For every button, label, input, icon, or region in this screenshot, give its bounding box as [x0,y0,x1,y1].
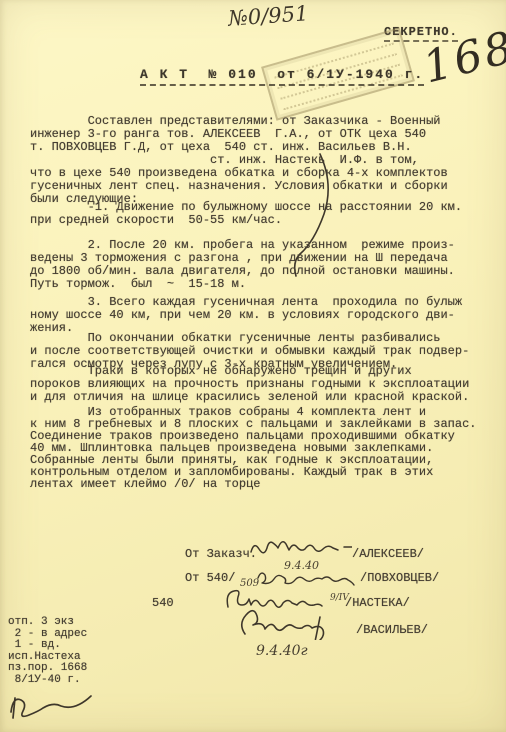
paragraph-intro: Составлен представителями: от Заказчика … [30,115,448,206]
list-item-3: 3. Всего каждая гусеничная лента проходи… [30,296,462,335]
list-item-2: 2. После 20 км. пробега на указанном реж… [30,239,455,291]
handwritten-scribble [5,688,105,722]
signature-row4-date: 9.4.40г [256,643,308,659]
signature-alekseev [248,537,352,559]
handwritten-registration-number: №0/951 [227,1,309,31]
signature-povkhovtsev [255,566,359,588]
signature-row3-label: 540 [152,597,174,610]
signature-row3-name: /НАСТЕКА/ [345,597,410,610]
signature-row1-label: От Заказч. [185,548,257,561]
signature-row2-label: От 540/ [185,572,235,585]
signature-row2-name: /ПОВХОВЦЕВ/ [360,572,439,585]
scanned-document-page: №0/951 СЕКРЕТНО. 168 А К Т № 010 от 6/1У… [0,0,506,732]
signature-row4-name: /ВАСИЛЬЕВ/ [356,624,428,637]
signature-vasilev [235,606,351,640]
list-item-1: -1. Движение по булыжному шоссе на расст… [30,201,462,227]
signature-row1-name: /АЛЕКСЕЕВ/ [352,548,424,561]
copies-distribution-note: отп. 3 экз 2 - в адрес 1 - вд. исп.Насте… [8,617,87,686]
paragraph-assembly: Из отобранных траков собраны 4 комплекта… [30,406,476,490]
paragraph-quality: Траки в которых не обнаружено трещин и д… [30,365,469,404]
document-title: А К Т № 010 от 6/1У-1940 г. [140,68,424,86]
